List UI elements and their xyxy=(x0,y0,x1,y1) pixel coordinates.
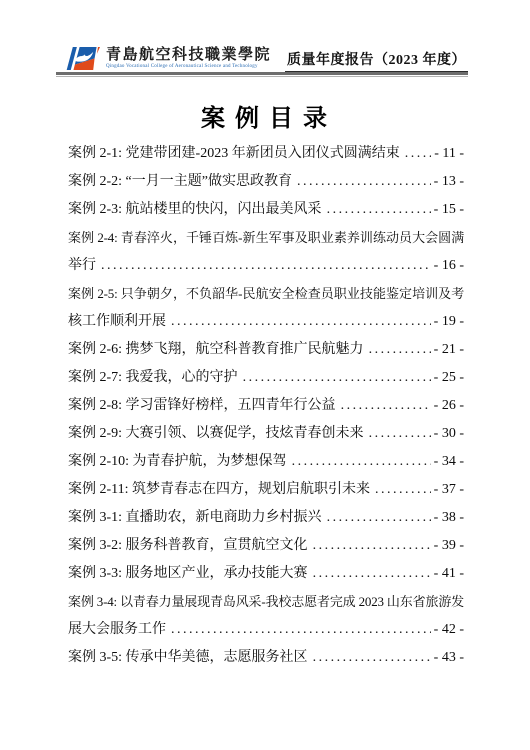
dot-leader: ........................................… xyxy=(313,532,431,560)
dot-leader: ........................................… xyxy=(327,504,431,532)
toc-entry-line: 案例 3-5: 传承中华美德，志愿服务社区...................… xyxy=(68,644,464,672)
entry-text: 案例 2-4: 青春淬火，千锤百炼-新生军事及职业素养训练动员大会圆满 xyxy=(68,230,464,245)
toc-entry-line: 案例 2-10: 为青春护航，为梦想保驾....................… xyxy=(68,448,464,476)
entry-text: 案例 2-11: 筑梦青春志在四方，规划启航职引未来 xyxy=(68,476,370,504)
dot-leader: ........................................… xyxy=(171,308,431,336)
dot-leader: ........................................… xyxy=(375,476,431,504)
page-number: - 16 - xyxy=(434,252,464,280)
dot-leader: ........................................… xyxy=(341,392,431,420)
page-number: - 13 - xyxy=(434,168,464,196)
page-number: - 41 - xyxy=(434,560,464,588)
dot-leader: ........................................… xyxy=(369,420,431,448)
toc-entry-line: 案例 2-5: 只争朝夕，不负韶华-民航安全检查员职业技能鉴定培训及考 xyxy=(68,280,464,308)
page-number: - 38 - xyxy=(434,504,464,532)
page-number: - 34 - xyxy=(434,448,464,476)
page-number: - 39 - xyxy=(434,532,464,560)
document-page: 青島航空科技職業學院 Qingdao Vocational College of… xyxy=(0,0,530,750)
entry-text: 案例 3-2: 服务科普教育，宣贯航空文化 xyxy=(68,532,308,560)
entry-text: 案例 3-5: 传承中华美德，志愿服务社区 xyxy=(68,644,308,672)
college-logo-icon xyxy=(66,45,100,72)
toc-entry-line: 案例 3-3: 服务地区产业，承办技能大赛...................… xyxy=(68,560,464,588)
dot-leader: ........................................… xyxy=(101,252,431,280)
entry-text: 案例 3-4: 以青春力量展现青岛风采-我校志愿者完成 2023 山东省旅游发 xyxy=(68,594,464,609)
page-header: 青島航空科技職業學院 Qingdao Vocational College of… xyxy=(56,38,468,72)
entry-text: 核工作顺利开展 xyxy=(68,308,166,336)
page-number: - 30 - xyxy=(434,420,464,448)
college-logo-block: 青島航空科技職業學院 Qingdao Vocational College of… xyxy=(66,45,271,72)
dot-leader: ........................................… xyxy=(243,364,431,392)
entry-text: 案例 2-1: 党建带团建-2023 年新团员入团仪式圆满结束 xyxy=(68,140,400,168)
entry-text: 案例 2-8: 学习雷锋好榜样，五四青年行公益 xyxy=(68,392,336,420)
toc-entry-line: 举行......................................… xyxy=(68,252,464,280)
report-title: 质量年度报告（2023 年度） xyxy=(285,49,468,72)
toc-entry-line: 案例 2-11: 筑梦青春志在四方，规划启航职引未来..............… xyxy=(68,476,464,504)
page-number: - 15 - xyxy=(434,196,464,224)
page-number: - 19 - xyxy=(434,308,464,336)
page-number: - 42 - xyxy=(434,616,464,644)
toc-title: 案 例 目 录 xyxy=(0,98,530,133)
entry-text: 案例 2-10: 为青春护航，为梦想保驾 xyxy=(68,448,287,476)
entry-text: 案例 2-7: 我爱我，心的守护 xyxy=(68,364,238,392)
toc-entry-line: 案例 3-4: 以青春力量展现青岛风采-我校志愿者完成 2023 山东省旅游发 xyxy=(68,588,464,616)
page-number: - 43 - xyxy=(434,644,464,672)
dot-leader: ........................................… xyxy=(292,448,431,476)
page-number: - 25 - xyxy=(434,364,464,392)
dot-leader: ........................................… xyxy=(313,644,431,672)
dot-leader: ........................................… xyxy=(327,196,431,224)
header-rule xyxy=(56,72,468,77)
entry-text: 案例 3-3: 服务地区产业，承办技能大赛 xyxy=(68,560,308,588)
toc-entry-line: 案例 2-4: 青春淬火，千锤百炼-新生军事及职业素养训练动员大会圆满 xyxy=(68,224,464,252)
college-name-block: 青島航空科技職業學院 Qingdao Vocational College of… xyxy=(106,47,271,70)
page-number: - 37 - xyxy=(434,476,464,504)
entry-text: 案例 2-6: 携梦飞翔，航空科普教育推广民航魅力 xyxy=(68,336,364,364)
college-name-en: Qingdao Vocational College of Aeronautic… xyxy=(106,64,271,70)
entry-text: 举行 xyxy=(68,252,96,280)
toc-entry-line: 案例 3-2: 服务科普教育，宣贯航空文化...................… xyxy=(68,532,464,560)
entry-text: 案例 2-9: 大赛引领、以赛促学，技炫青春创未来 xyxy=(68,420,364,448)
toc-entry-line: 案例 2-9: 大赛引领、以赛促学，技炫青春创未来...............… xyxy=(68,420,464,448)
toc-entry-line: 案例 2-8: 学习雷锋好榜样，五四青年行公益.................… xyxy=(68,392,464,420)
entry-text: 案例 3-1: 直播助农，新电商助力乡村振兴 xyxy=(68,504,322,532)
entry-text: 展大会服务工作 xyxy=(68,616,166,644)
dot-leader: ........................................… xyxy=(297,168,431,196)
entry-text: 案例 2-2: “一月一主题”做实思政教育 xyxy=(68,168,292,196)
page-number: - 26 - xyxy=(434,392,464,420)
toc-entry-line: 案例 3-1: 直播助农，新电商助力乡村振兴..................… xyxy=(68,504,464,532)
college-name: 青島航空科技職業學院 xyxy=(106,47,271,64)
toc-list: 案例 2-1: 党建带团建-2023 年新团员入团仪式圆满结束.........… xyxy=(68,140,464,672)
dot-leader: ........................................… xyxy=(313,560,431,588)
toc-entry-line: 展大会服务工作.................................… xyxy=(68,616,464,644)
page-number: - 21 - xyxy=(434,336,464,364)
toc-entry-line: 案例 2-3: 航站楼里的快闪，闪出最美风采..................… xyxy=(68,196,464,224)
dot-leader: ........................................… xyxy=(369,336,431,364)
toc-entry-line: 案例 2-7: 我爱我，心的守护........................… xyxy=(68,364,464,392)
entry-text: 案例 2-3: 航站楼里的快闪，闪出最美风采 xyxy=(68,196,322,224)
dot-leader: ........................................… xyxy=(171,616,431,644)
entry-text: 案例 2-5: 只争朝夕，不负韶华-民航安全检查员职业技能鉴定培训及考 xyxy=(68,286,464,301)
page-number: - 11 - xyxy=(434,140,464,168)
toc-entry-line: 核工作顺利开展.................................… xyxy=(68,308,464,336)
dot-leader: ........................................… xyxy=(405,140,431,168)
toc-entry-line: 案例 2-6: 携梦飞翔，航空科普教育推广民航魅力...............… xyxy=(68,336,464,364)
toc-entry-line: 案例 2-2: “一月一主题”做实思政教育...................… xyxy=(68,168,464,196)
toc-entry-line: 案例 2-1: 党建带团建-2023 年新团员入团仪式圆满结束.........… xyxy=(68,140,464,168)
